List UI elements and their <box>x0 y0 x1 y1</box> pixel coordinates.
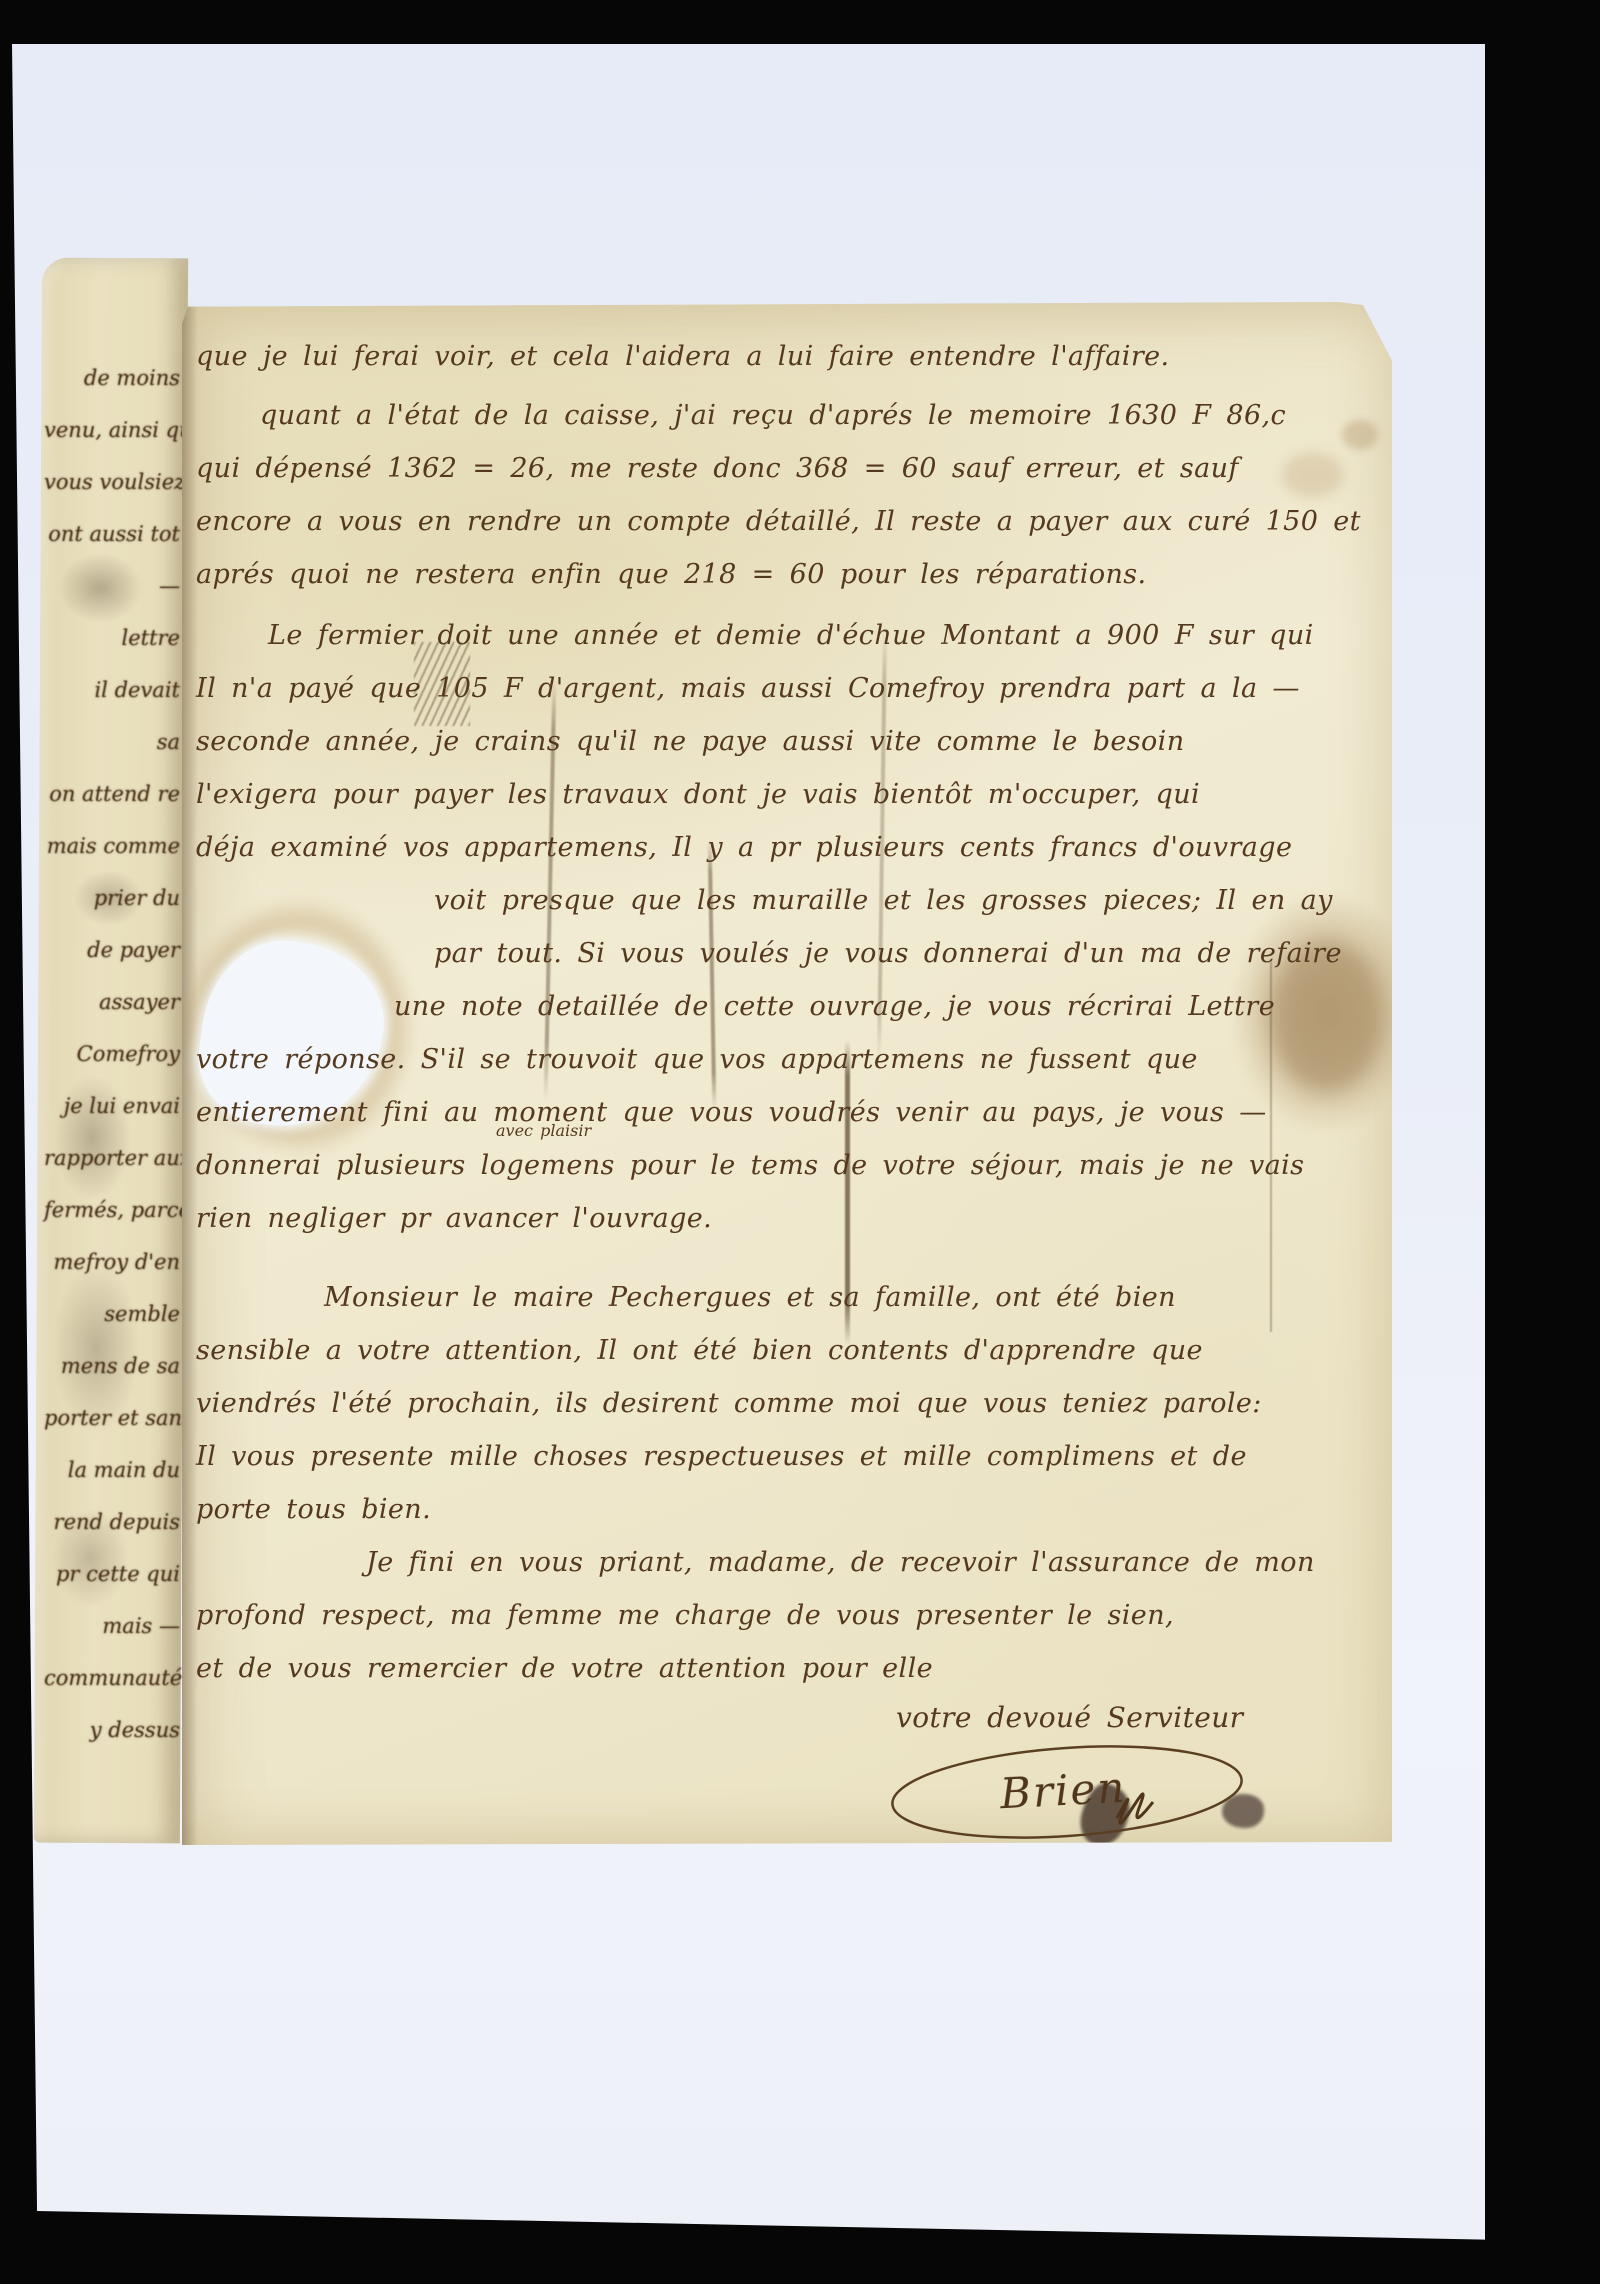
bleedthrough-line: venu, ainsi que <box>44 404 180 456</box>
bleedthrough-line: on attend re <box>44 768 180 820</box>
bleedthrough-line: pr cette qui <box>44 1548 180 1600</box>
letter-line: porte tous bien. <box>196 1483 1371 1536</box>
letter-line: qui dépensé 1362 = 26, me reste donc 368… <box>196 442 1371 495</box>
bleedthrough-line: mais — <box>44 1600 180 1652</box>
bleedthrough-line: de payer <box>44 924 180 976</box>
bleedthrough-line: il devait <box>44 664 180 716</box>
letter-paragraph: quant a l'état de la caisse, j'ai reçu d… <box>196 389 1371 601</box>
letter-line: votre réponse. S'il se trouvoit que vos … <box>196 1033 1371 1086</box>
letter-line: voit presque que les muraille et les gro… <box>196 874 1371 927</box>
letter-line: Le fermier doit une année et demie d'éch… <box>196 609 1371 662</box>
bleedthrough-line: de moins <box>44 352 180 404</box>
bleedthrough-line: fermés, parce <box>44 1184 180 1236</box>
bleedthrough-line: sa <box>44 716 180 768</box>
letter-line: que je lui ferai voir, et cela l'aidera … <box>196 330 1371 383</box>
letter-paragraph: Je fini en vous priant, madame, de recev… <box>196 1536 1371 1695</box>
letter-closing: votre devoué Serviteur <box>196 1691 1371 1744</box>
letter-line: avec plaisirdonnerai plusieurs logemens … <box>196 1139 1371 1192</box>
letter-photograph: de moinsvenu, ainsi quevous voulsiez ten… <box>0 0 1600 2284</box>
bleedthrough-line: assayer <box>44 976 180 1028</box>
bleedthrough-line: ont aussi tot <box>44 508 180 560</box>
letter-line: aprés quoi ne restera enfin que 218 = 60… <box>196 548 1371 601</box>
bleedthrough-line: prier du <box>44 872 180 924</box>
signature-name: Brien <box>999 1763 1128 1819</box>
bleedthrough-line: porter et sans <box>44 1392 180 1444</box>
letter-line: encore a vous en rendre un compte détail… <box>196 495 1371 548</box>
letter-line: profond respect, ma femme me charge de v… <box>196 1589 1371 1642</box>
letter-line: Je fini en vous priant, madame, de recev… <box>196 1536 1371 1589</box>
letter-paragraph: Le fermier doit une année et demie d'éch… <box>196 609 1371 1245</box>
letter-line: sensible a votre attention, Il ont été b… <box>196 1324 1371 1377</box>
bleedthrough-line: — <box>44 560 180 612</box>
bleedthrough-line: semble <box>44 1288 180 1340</box>
letter-body-text: que je lui ferai voir, et cela l'aidera … <box>196 330 1371 1744</box>
bleedthrough-line: mais comme <box>44 820 180 872</box>
letter-line: Il n'a payé que 105 F d'argent, mais aus… <box>196 662 1371 715</box>
letter-paragraph: que je lui ferai voir, et cela l'aidera … <box>196 330 1371 383</box>
bleedthrough-line: je lui envai <box>44 1080 180 1132</box>
letter-line: l'exigera pour payer les travaux dont je… <box>196 768 1371 821</box>
bleedthrough-line: lettre <box>44 612 180 664</box>
letter-line: entierement fini au moment que vous voud… <box>196 1086 1371 1139</box>
bleedthrough-line: y dessus <box>44 1704 180 1756</box>
signature-block: Brien <box>882 1740 1262 1844</box>
bleedthrough-text-column: de moinsvenu, ainsi quevous voulsiez ten… <box>44 352 180 1756</box>
letter-line: et de vous remercier de votre attention … <box>196 1642 1371 1695</box>
letter-line: rien negliger pr avancer l'ouvrage. <box>196 1192 1371 1245</box>
letter-line: Il vous presente mille choses respectueu… <box>196 1430 1371 1483</box>
bleedthrough-line: Comefroy <box>44 1028 180 1080</box>
interline-insertion: avec plaisir <box>496 1123 591 1139</box>
bleedthrough-line: rapporter aux <box>44 1132 180 1184</box>
letter-line: par tout. Si vous voulés je vous donnera… <box>196 927 1371 980</box>
letter-line: quant a l'état de la caisse, j'ai reçu d… <box>196 389 1371 442</box>
bleedthrough-line: rend depuis <box>44 1496 180 1548</box>
bleedthrough-line: mefroy d'en <box>44 1236 180 1288</box>
bleedthrough-line: communauté <box>44 1652 180 1704</box>
bleedthrough-line: mens de sa <box>44 1340 180 1392</box>
bleedthrough-line: vous voulsiez tenir <box>44 456 180 508</box>
letter-line: viendrés l'été prochain, ils desirent co… <box>196 1377 1371 1430</box>
letter-line: Monsieur le maire Pechergues et sa famil… <box>196 1271 1371 1324</box>
letter-line: une note detaillée de cette ouvrage, je … <box>196 980 1371 1033</box>
letter-paragraph: Monsieur le maire Pechergues et sa famil… <box>196 1271 1371 1536</box>
letter-page: que je lui ferai voir, et cela l'aidera … <box>182 302 1392 1845</box>
letter-line: seconde année, je crains qu'il ne paye a… <box>196 715 1371 768</box>
letter-line: déja examiné vos appartemens, Il y a pr … <box>196 821 1371 874</box>
bleedthrough-line: la main du <box>44 1444 180 1496</box>
